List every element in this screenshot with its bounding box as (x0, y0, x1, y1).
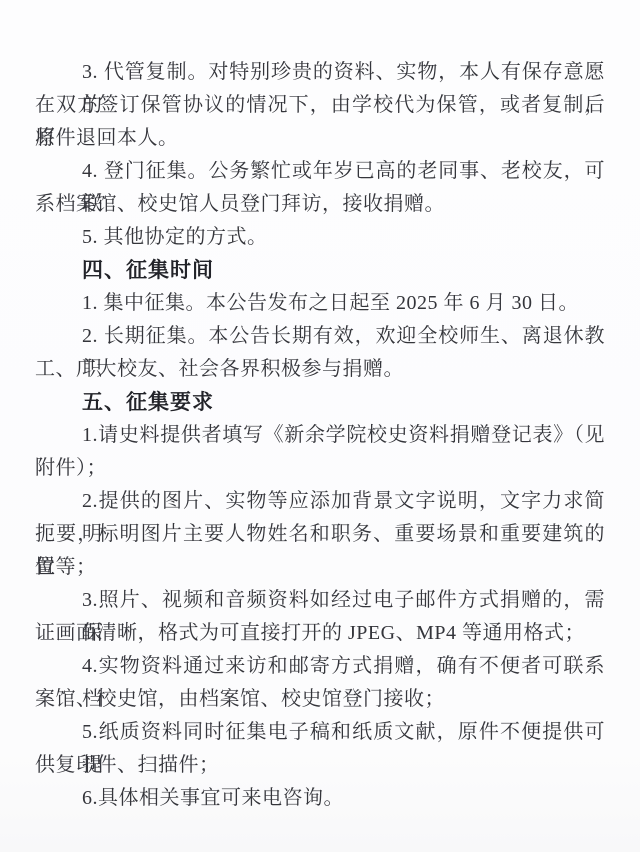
doc-line: 系档案馆、校史馆人员登门拜访，接收捐赠。 (35, 188, 605, 221)
doc-line: 3. 代管复制。对特别珍贵的资料、实物，本人有保存意愿的， (35, 56, 605, 89)
doc-line: 5. 其他协定的方式。 (35, 221, 605, 254)
doc-line: 证画面清晰，格式为可直接打开的 JPEG、MP4 等通用格式； (35, 617, 605, 650)
scanned-document-page: 3. 代管复制。对特别珍贵的资料、实物，本人有保存意愿的，在双方签订保管协议的情… (0, 0, 640, 852)
doc-line: 3.照片、视频和音频资料如经过电子邮件方式捐赠的，需保 (35, 584, 605, 617)
doc-line: 置等； (35, 551, 605, 584)
doc-line: 附件）； (35, 452, 605, 485)
doc-line: 6.具体相关事宜可来电咨询。 (35, 782, 605, 815)
doc-line: 五、征集要求 (35, 386, 605, 419)
doc-line: 4. 登门征集。公务繁忙或年岁已高的老同事、老校友，可联 (35, 155, 605, 188)
doc-line: 在双方签订保管协议的情况下，由学校代为保管，或者复制后将 (35, 89, 605, 122)
doc-line: 1.请史料提供者填写《新余学院校史资料捐赠登记表》（见 (35, 419, 605, 452)
doc-line: 2. 长期征集。本公告长期有效，欢迎全校师生、离退休教职 (35, 320, 605, 353)
document-body: 3. 代管复制。对特别珍贵的资料、实物，本人有保存意愿的，在双方签订保管协议的情… (35, 56, 605, 815)
doc-line: 扼要，标明图片主要人物姓名和职务、重要场景和重要建筑的位 (35, 518, 605, 551)
doc-line: 5.纸质资料同时征集电子稿和纸质文献，原件不便提供可提 (35, 716, 605, 749)
doc-line: 原件退回本人。 (35, 122, 605, 155)
doc-line: 1. 集中征集。本公告发布之日起至 2025 年 6 月 30 日。 (35, 287, 605, 320)
doc-line: 4.实物资料通过来访和邮寄方式捐赠，确有不便者可联系档 (35, 650, 605, 683)
doc-line: 2.提供的图片、实物等应添加背景文字说明，文字力求简明 (35, 485, 605, 518)
doc-line: 四、征集时间 (35, 254, 605, 287)
doc-line: 工、广大校友、社会各界积极参与捐赠。 (35, 353, 605, 386)
doc-line: 案馆、校史馆，由档案馆、校史馆登门接收； (35, 683, 605, 716)
doc-line: 供复印件、扫描件； (35, 749, 605, 782)
